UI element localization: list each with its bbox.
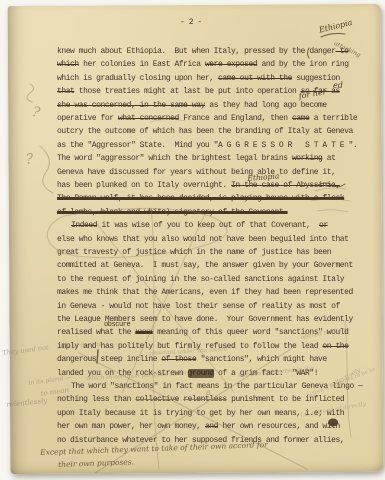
struck-text: were exposed — [205, 60, 257, 69]
typed-line: the League Members seem to have done. Yo… — [57, 315, 353, 324]
typed-line: which her colonies in East Africa were e… — [57, 60, 349, 69]
typed-line: dangerous steep incline of those "sancti… — [57, 355, 327, 364]
struck-text: of lambs, black and white) signatory of … — [57, 208, 288, 217]
struck-text: working — [292, 154, 322, 163]
typed-text: knew much about Ethiopia. But when Italy… — [57, 47, 335, 56]
typed-line: great travesty of justice which in the n… — [57, 248, 331, 257]
typed-line: knew much about Ethiopia. But when Italy… — [57, 47, 349, 56]
pencil-stroke — [40, 146, 53, 193]
struck-text: of those — [161, 355, 196, 364]
typed-text: in Geneva - would not have lost their se… — [57, 302, 340, 311]
handwritten-annotation: Ethiopia — [318, 18, 353, 35]
handwritten-annotation: a — [206, 388, 211, 397]
typed-line: she was concerned, in the same way as th… — [57, 101, 327, 110]
typed-text: "sanctions", which might have — [196, 355, 327, 364]
typed-line: The word "aggressor" which the brightest… — [57, 154, 335, 163]
typed-text: which is gradually closing upon her, — [57, 74, 218, 83]
typed-line: Indeed it was wise of you to keep out of… — [71, 221, 328, 230]
page-content-layer: - 2 - knew much about Ethiopia. But when… — [0, 0, 385, 480]
typed-text: great travesty of justice which in the n… — [57, 248, 331, 257]
typed-text: else who knows that you also would not h… — [57, 235, 349, 244]
typed-line: obscure — [104, 321, 130, 329]
handwritten-annotation: ed — [333, 81, 343, 90]
struck-text: relentless — [183, 395, 227, 404]
typed-text: as the "Aggressor" State. Mind you "A G … — [57, 141, 357, 150]
typed-line: The Roman wolf, it has been decided, is … — [57, 194, 344, 203]
typed-text: punishment to be inflicted — [227, 395, 344, 404]
struck-text: collective — [135, 395, 179, 404]
handwritten-annotation: their own purposes. — [58, 457, 134, 469]
typed-line: which is gradually closing upon her, cam… — [57, 74, 340, 83]
typed-text: at — [322, 154, 335, 163]
typed-text: it was wise of you to keep out of that C… — [97, 221, 319, 230]
handwritten-annotation: ? — [31, 104, 42, 121]
pencil-stroke — [27, 84, 34, 102]
typed-line: Geneva have discussed for years without … — [57, 168, 335, 177]
typed-text: her own man power, her own money, — [57, 422, 205, 431]
ink-stroke — [321, 33, 345, 37]
typed-text: obscure — [104, 321, 130, 329]
typed-line: outcry the outcome of which has been the… — [57, 127, 353, 136]
struck-text: Indeed — [71, 221, 97, 230]
page-number: - 2 - — [180, 18, 202, 27]
typed-text: The word "aggressor" which the brightest… — [57, 154, 292, 163]
typed-line: committed at Geneva. I must say, the ans… — [57, 261, 353, 270]
typed-text: Geneva have discussed for years without … — [57, 168, 335, 177]
typed-text: her own resources, and with — [218, 422, 340, 431]
typed-text: operative for — [57, 114, 118, 123]
struck-text: or — [319, 221, 328, 230]
typed-text: nothing less than — [57, 395, 135, 404]
typed-line: makes me think that the Americans, even … — [57, 288, 353, 297]
struck-text: came out with the — [218, 74, 292, 83]
typed-text: the League Members seem to have done. Yo… — [57, 315, 353, 324]
typed-text: those treaties might at last be put into… — [74, 87, 300, 96]
typed-text: to the request of joining in the so-call… — [57, 275, 344, 284]
struck-text: she was concerned, in the same way — [57, 101, 205, 110]
pencil-stroke — [317, 210, 348, 212]
struck-text: and — [205, 422, 218, 431]
typed-line: else who knows that you also would not h… — [57, 235, 349, 244]
typed-line: operative for what concerned France and … — [57, 114, 357, 123]
typed-text: makes me think that the Americans, even … — [57, 288, 353, 297]
struck-text: xxxx — [135, 328, 152, 337]
typed-text: France and England, then — [179, 114, 292, 123]
struck-text: that — [57, 87, 74, 96]
typed-line: as the "Aggressor" State. Mind you "A G … — [57, 141, 357, 150]
typed-text: has been plunked on to Italy overnight. — [57, 181, 231, 190]
scanned-letter-page: - 2 - knew much about Ethiopia. But when… — [0, 0, 385, 480]
typed-line: has been plunked on to Italy overnight. … — [57, 181, 340, 190]
typed-text: a terrible — [309, 114, 357, 123]
typed-line: in Geneva - would not have lost their se… — [57, 302, 340, 311]
typed-text: dangerous steep incline — [57, 355, 161, 364]
struck-text: which — [57, 60, 79, 69]
typed-text: realised what the — [57, 328, 135, 337]
typed-line: of lambs, black and white) signatory of … — [57, 208, 288, 217]
handwritten-annotation: They used not — [2, 343, 49, 357]
typed-text: committed at Geneva. I must say, the ans… — [57, 261, 353, 270]
handwritten-annotation: in its plural — — [28, 374, 71, 387]
typed-text: as they had long ago become — [205, 101, 327, 110]
handwritten-annotation: relentlessly — [6, 397, 48, 409]
struck-text: on the — [322, 342, 348, 351]
struck-text: what concerned — [118, 114, 179, 123]
struck-text: ground — [188, 369, 214, 378]
typed-line: nothing less than collective relentless … — [57, 395, 344, 404]
typed-text: outcry the outcome of which has been the… — [57, 127, 353, 136]
handwritten-annotation: ? — [25, 151, 34, 168]
typed-text: and by the iron ring — [257, 60, 348, 69]
struck-text: came — [292, 114, 309, 123]
typed-line: her own man power, her own money, and he… — [57, 422, 340, 431]
struck-text: The Roman wolf, it has been decided, is … — [57, 194, 344, 203]
typed-text: her colonies in East Africa — [79, 60, 205, 69]
typed-line: to the request of joining in the so-call… — [57, 275, 344, 284]
